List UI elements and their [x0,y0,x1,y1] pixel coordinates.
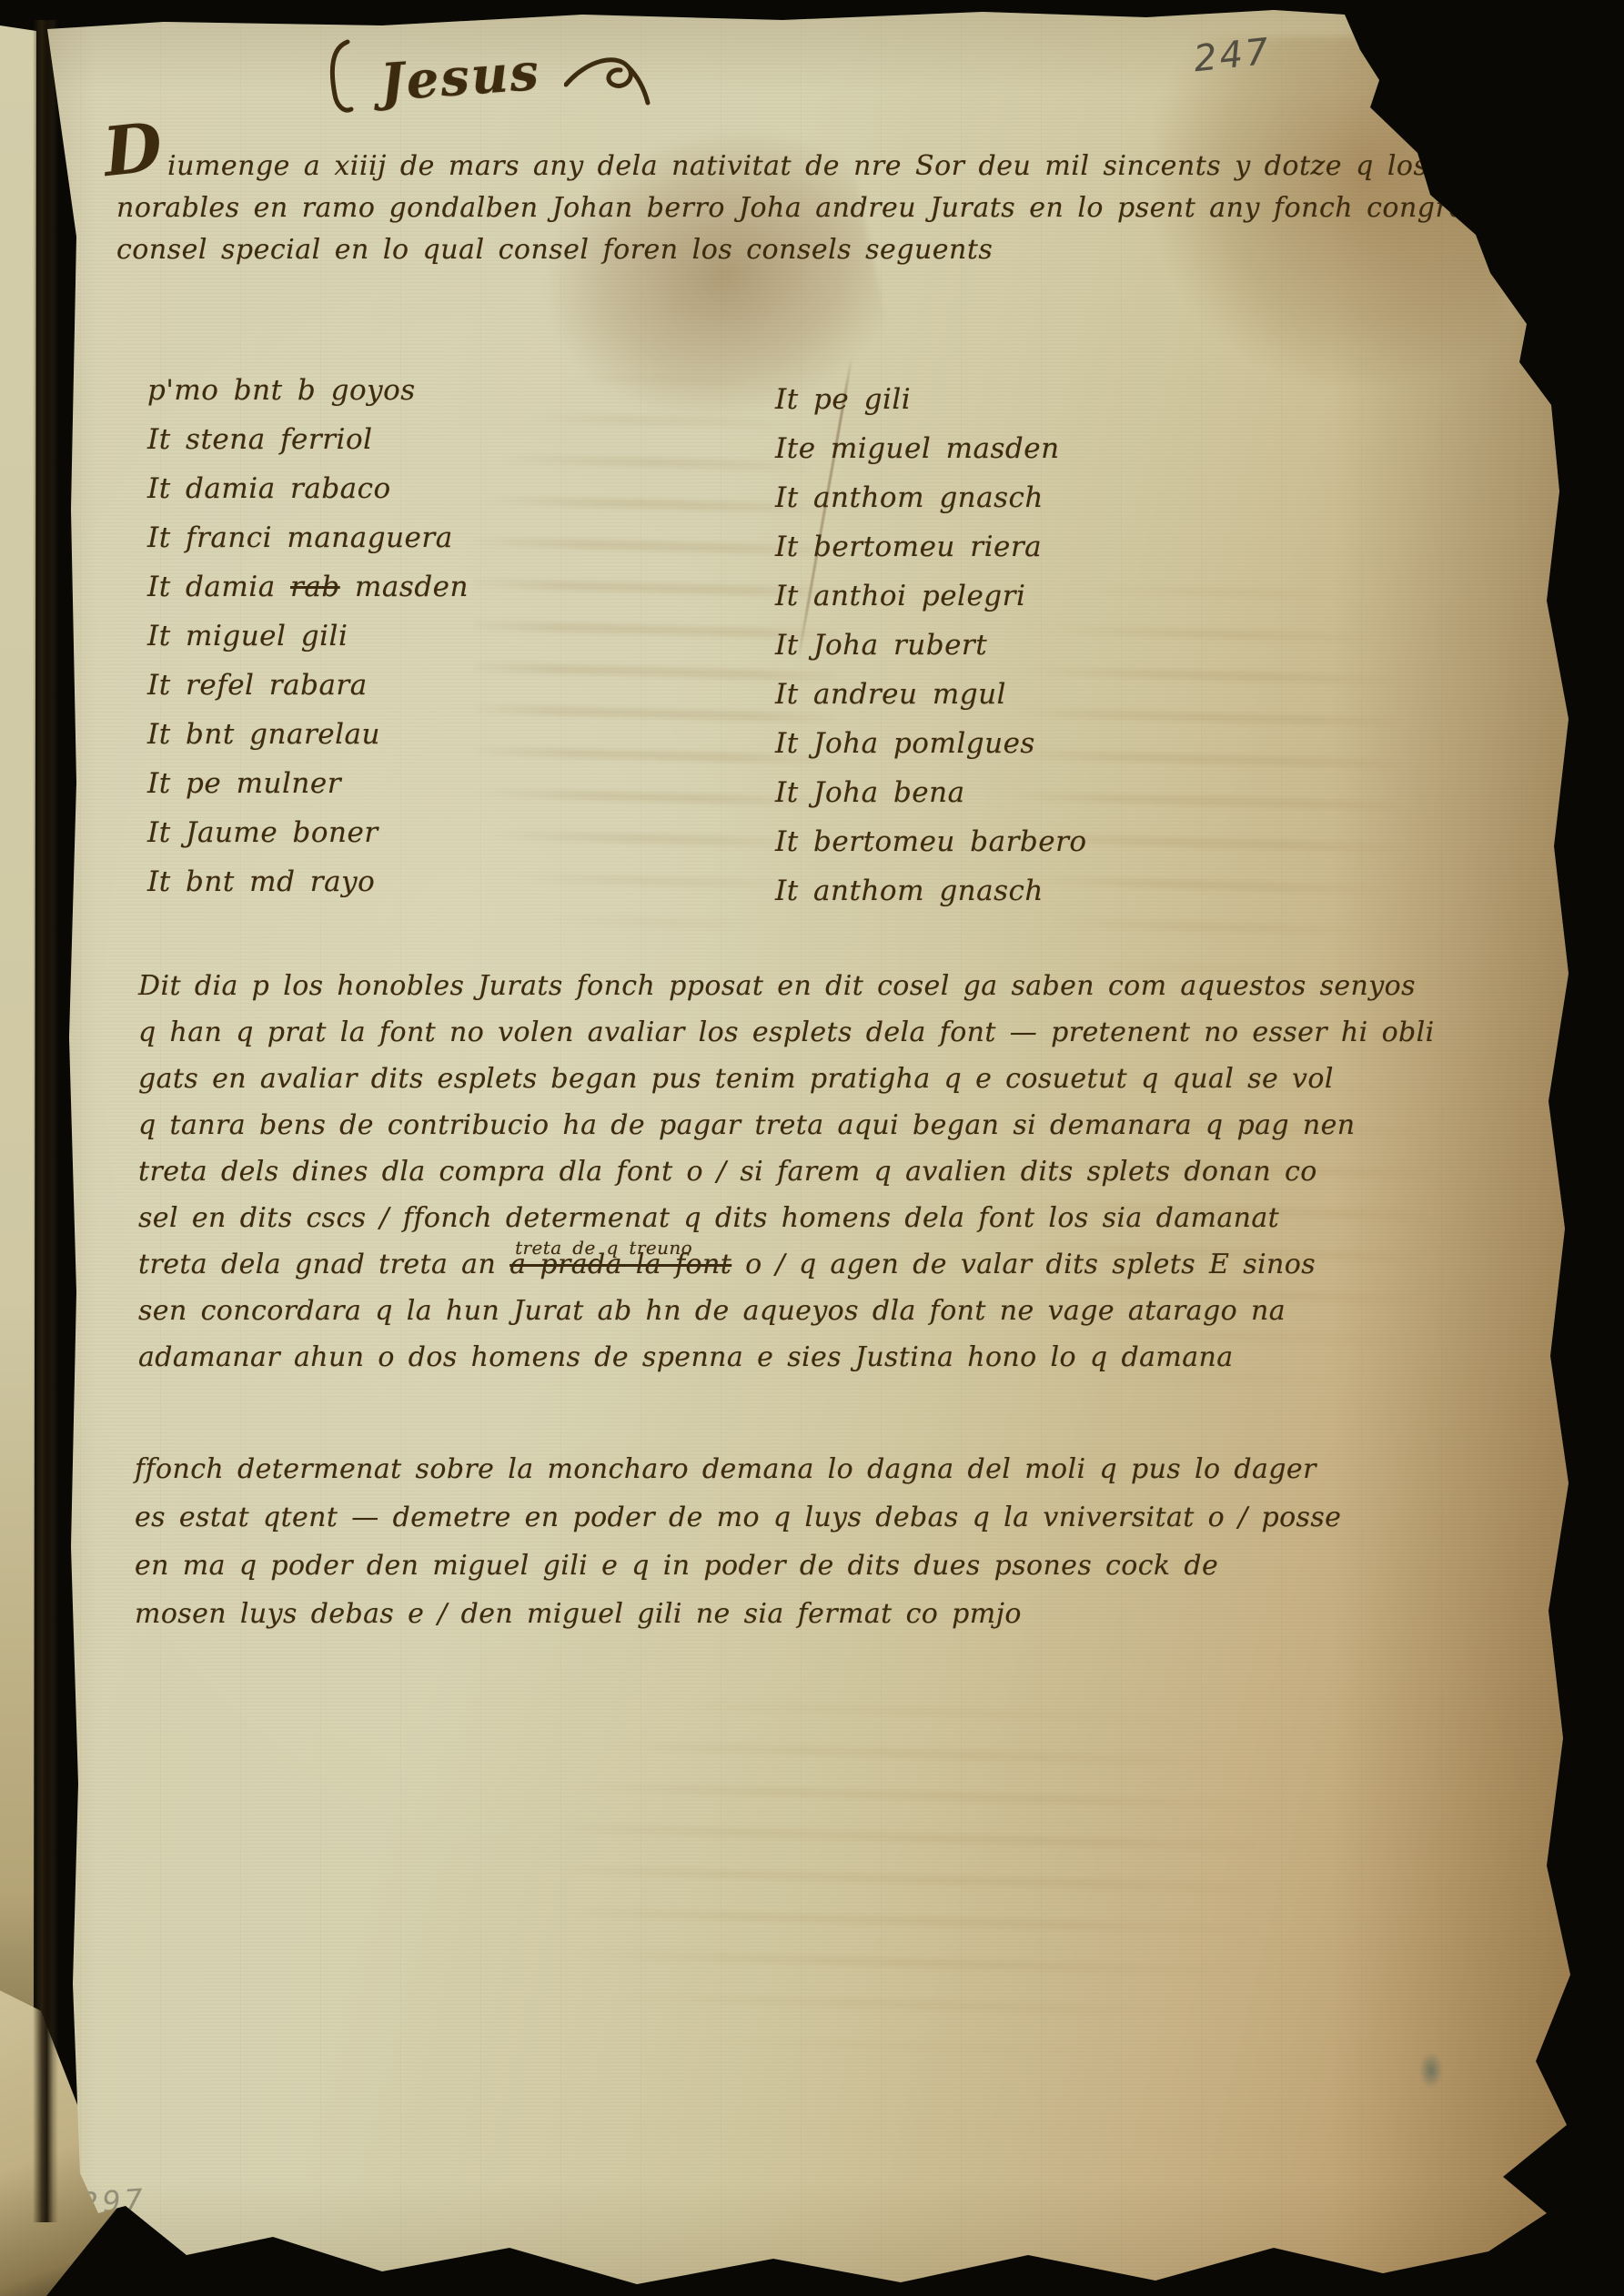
opening-paragraph-lines: iumenge a xiiij de mars any dela nativit… [116,146,1463,271]
heading-right-flourish-icon [564,48,651,106]
bleedthrough-text-smudge [564,1674,1256,2057]
council-list-left-column: p'mo bnt b goyosIt stena ferriolIt damia… [147,366,469,906]
council-name-line: p'mo bnt b goyos [147,366,469,415]
heading-left-flourish-icon [320,38,357,116]
interlinear-insertion: treta de q treuno [515,1225,692,1271]
resolution-paragraph-2: ffonch determenat sobre la moncharo dema… [135,1445,1427,1638]
opening-paragraph: D iumenge a xiiij de mars any dela nativ… [116,146,1463,271]
council-name-line: It anthom gnasch [775,473,1087,522]
opening-line: iumenge a xiiij de mars any dela nativit… [116,146,1463,187]
opening-line: consel special en lo qual consel foren l… [116,229,1463,271]
struck-text: rab [290,571,340,603]
resolution1-line: sen concordara q la hun Jurat ab hn de a… [138,1288,1476,1334]
council-name-line: It damia rabaco [147,464,469,513]
resolution1-line: q han q prat la font no volen avaliar lo… [138,1009,1476,1056]
struck-text: a prada la fonttreta de q treuno [509,1249,731,1280]
council-name-line: It Joha bena [775,768,1087,817]
council-name-line: It anthoi pelegri [775,571,1087,621]
page-heading-word: Jesus [378,42,542,113]
resolution1-line: treta dels dines dla compra dla font o /… [138,1148,1476,1195]
resolution1-line: adamanar ahun o dos homens de spenna e s… [138,1334,1476,1381]
council-name-line: It bertomeu riera [775,522,1087,571]
resolution-paragraph-1: Dit dia p los honobles Jurats fonch ppos… [138,963,1476,1381]
council-name-line: It andreu mgul [775,670,1087,719]
page-heading: Jesus [320,36,651,118]
drop-cap-initial: D [102,126,165,175]
resolution1-line: q tanra bens de contribucio ha de pagar … [138,1102,1476,1148]
council-name-line: It Jaume boner [147,808,469,857]
council-name-line: It bnt md rayo [147,857,469,906]
council-name-line: It refel rabara [147,661,469,710]
council-name-line: It pe mulner [147,759,469,808]
resolution2-line: mosen luys debas e / den miguel gili ne … [135,1590,1427,1638]
council-name-line: It franci managuera [147,513,469,562]
resolution2-line: es estat qtent — demetre en poder de mo … [135,1493,1427,1542]
council-name-line: It stena ferriol [147,415,469,464]
council-name-line: It anthom gnasch [775,866,1087,915]
manuscript-scan: Jesus 247 297 D iumenge a xiiij de mars … [0,0,1624,2296]
council-name-line: It pe gili [775,375,1087,424]
resolution2-line: en ma q poder den miguel gili e q in pod… [135,1542,1427,1590]
council-name-line: Ite miguel masden [775,424,1087,473]
adjacent-page-edge [0,25,36,2146]
council-name-line: It Joha pomlgues [775,719,1087,768]
council-name-line: It miguel gili [147,612,469,661]
manuscript-page: Jesus 247 297 D iumenge a xiiij de mars … [0,0,1624,2296]
small-speck-stain [1419,2052,1443,2089]
binding-gutter-shadow [33,20,58,2222]
council-list-right-column: It pe giliIte miguel masdenIt anthom gna… [775,375,1087,915]
council-name-line: It bnt gnarelau [147,710,469,759]
resolution1-line: sel en dits cscs / ffonch determenat q d… [138,1195,1476,1241]
council-name-line: It Joha rubert [775,621,1087,670]
resolution2-line: ffonch determenat sobre la moncharo dema… [135,1445,1427,1493]
resolution1-line: Dit dia p los honobles Jurats fonch ppos… [138,963,1476,1009]
opening-line: norables en ramo gondalben Johan berro J… [116,187,1463,229]
resolution1-line: treta dela gnad treta an a prada la font… [138,1241,1476,1288]
council-name-line: It bertomeu barbero [775,817,1087,866]
resolution1-line: gats en avaliar dits esplets began pus t… [138,1056,1476,1102]
council-name-line: It damia rab masden [147,562,469,612]
folio-number-pencil: 247 [1192,31,1274,81]
